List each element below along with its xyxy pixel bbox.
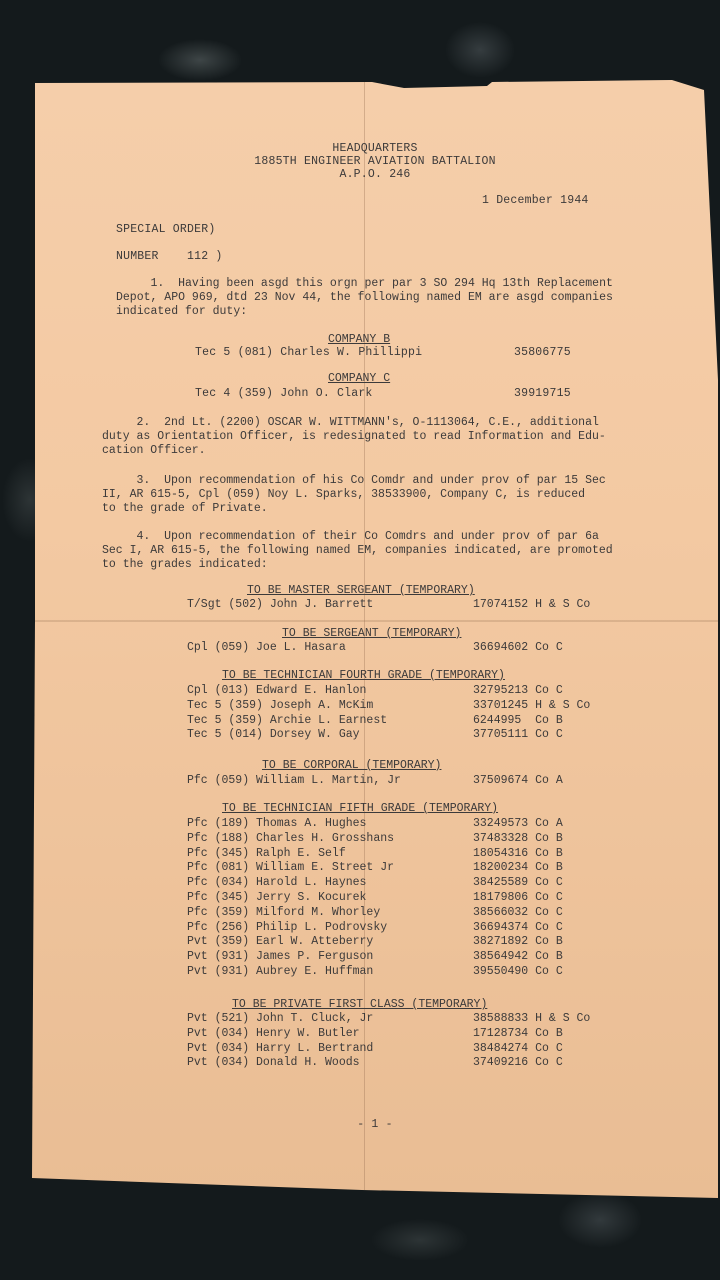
soldier-name: Pvt (034) Donald H. Woods (187, 1056, 360, 1069)
serial-and-company: 37409216 Co C (473, 1056, 563, 1069)
soldier-name: Pfc (345) Ralph E. Self (187, 847, 346, 860)
serial-and-company: 36694374 Co C (473, 921, 563, 934)
promotion-row: Pvt (931) James P. Ferguson38564942 Co B (187, 950, 647, 964)
serial-and-company: 39550490 Co C (473, 965, 563, 978)
serial-and-company: 38564942 Co B (473, 950, 563, 963)
serial-and-company: 17128734 Co B (473, 1027, 563, 1040)
soldier-name: Tec 5 (359) Archie L. Earnest (187, 714, 387, 727)
promotion-row: T/Sgt (502) John J. Barrett17074152 H & … (187, 598, 647, 612)
promotion-row: Tec 5 (359) Archie L. Earnest6244995 Co … (187, 714, 647, 728)
assignment-serial: 39919715 (514, 387, 571, 400)
soldier-name: Pvt (034) Harry L. Bertrand (187, 1042, 373, 1055)
special-order-label: SPECIAL ORDER) (116, 223, 215, 236)
promotion-row: Tec 5 (359) Joseph A. McKim33701245 H & … (187, 699, 647, 713)
serial-and-company: 38566032 Co C (473, 906, 563, 919)
promotion-row: Pfc (059) William L. Martin, Jr37509674 … (187, 774, 647, 788)
paragraph-1: 1. Having been asgd this orgn per par 3 … (116, 277, 613, 319)
promotion-heading: TO BE SERGEANT (TEMPORARY) (282, 627, 461, 640)
soldier-name: Cpl (013) Edward E. Hanlon (187, 684, 366, 697)
soldier-name: Tec 5 (014) Dorsey W. Gay (187, 728, 360, 741)
soldier-name: T/Sgt (502) John J. Barrett (187, 598, 373, 611)
promotion-heading: TO BE TECHNICIAN FOURTH GRADE (TEMPORARY… (222, 669, 505, 682)
promotion-row: Pvt (034) Henry W. Butler17128734 Co B (187, 1027, 647, 1041)
page-number: - 1 - (32, 1118, 718, 1131)
promotion-row: Cpl (059) Joe L. Hasara36694602 Co C (187, 641, 647, 655)
promotion-row: Pfc (188) Charles H. Grosshans37483328 C… (187, 832, 647, 846)
soldier-name: Pfc (345) Jerry S. Kocurek (187, 891, 366, 904)
serial-and-company: 37483328 Co B (473, 832, 563, 845)
paragraph-4: 4. Upon recommendation of their Co Comdr… (102, 530, 613, 572)
soldier-name: Pfc (188) Charles H. Grosshans (187, 832, 394, 845)
soldier-name: Pfc (359) Milford M. Whorley (187, 906, 380, 919)
promotion-row: Tec 5 (014) Dorsey W. Gay37705111 Co C (187, 728, 647, 742)
soldier-name: Cpl (059) Joe L. Hasara (187, 641, 346, 654)
promotion-row: Pvt (521) John T. Cluck, Jr38588833 H & … (187, 1012, 647, 1026)
horizontal-fold-crease (32, 620, 718, 622)
serial-and-company: 37705111 Co C (473, 728, 563, 741)
header-headquarters: HEADQUARTERS (32, 142, 718, 155)
serial-and-company: 17074152 H & S Co (473, 598, 590, 611)
soldier-name: Pfc (189) Thomas A. Hughes (187, 817, 366, 830)
promotion-heading: TO BE MASTER SERGEANT (TEMPORARY) (247, 584, 475, 597)
soldier-name: Pvt (034) Henry W. Butler (187, 1027, 360, 1040)
serial-and-company: 33701245 H & S Co (473, 699, 590, 712)
company-heading: COMPANY B (328, 333, 390, 346)
header-battalion: 1885TH ENGINEER AVIATION BATTALION (32, 155, 718, 168)
promotion-row: Pfc (345) Jerry S. Kocurek18179806 Co C (187, 891, 647, 905)
serial-and-company: 18054316 Co B (473, 847, 563, 860)
promotion-row: Cpl (013) Edward E. Hanlon32795213 Co C (187, 684, 647, 698)
promotion-row: Pfc (359) Milford M. Whorley38566032 Co … (187, 906, 647, 920)
promotion-heading: TO BE PRIVATE FIRST CLASS (TEMPORARY) (232, 998, 487, 1011)
assignment-name: Tec 5 (081) Charles W. Phillippi (195, 346, 422, 359)
promotion-row: Pfc (081) William E. Street Jr18200234 C… (187, 861, 647, 875)
document-date: 1 December 1944 (482, 194, 589, 207)
soldier-name: Pvt (931) James P. Ferguson (187, 950, 373, 963)
soldier-name: Tec 5 (359) Joseph A. McKim (187, 699, 373, 712)
serial-and-company: 37509674 Co A (473, 774, 563, 787)
promotion-row: Pvt (034) Harry L. Bertrand38484274 Co C (187, 1042, 647, 1056)
soldier-name: Pvt (359) Earl W. Atteberry (187, 935, 373, 948)
special-order-number: NUMBER 112 ) (116, 250, 223, 263)
promotion-heading: TO BE TECHNICIAN FIFTH GRADE (TEMPORARY) (222, 802, 498, 815)
promotion-row: Pvt (931) Aubrey E. Huffman39550490 Co C (187, 965, 647, 979)
soldier-name: Pfc (256) Philip L. Podrovsky (187, 921, 387, 934)
serial-and-company: 38271892 Co B (473, 935, 563, 948)
company-heading: COMPANY C (328, 372, 390, 385)
promotion-row: Pvt (034) Donald H. Woods37409216 Co C (187, 1056, 647, 1070)
serial-and-company: 36694602 Co C (473, 641, 563, 654)
soldier-name: Pvt (521) John T. Cluck, Jr (187, 1012, 373, 1025)
soldier-name: Pfc (081) William E. Street Jr (187, 861, 394, 874)
paragraph-2: 2. 2nd Lt. (2200) OSCAR W. WITTMANN's, O… (102, 416, 606, 458)
serial-and-company: 18200234 Co B (473, 861, 563, 874)
assignment-serial: 35806775 (514, 346, 571, 359)
promotion-row: Pvt (359) Earl W. Atteberry38271892 Co B (187, 935, 647, 949)
promotion-row: Pfc (034) Harold L. Haynes38425589 Co C (187, 876, 647, 890)
promotion-row: Pfc (189) Thomas A. Hughes33249573 Co A (187, 817, 647, 831)
serial-and-company: 38588833 H & S Co (473, 1012, 590, 1025)
assignment-name: Tec 4 (359) John O. Clark (195, 387, 373, 400)
serial-and-company: 6244995 Co B (473, 714, 563, 727)
serial-and-company: 38484274 Co C (473, 1042, 563, 1055)
serial-and-company: 38425589 Co C (473, 876, 563, 889)
soldier-name: Pfc (059) William L. Martin, Jr (187, 774, 401, 787)
promotion-row: Pfc (256) Philip L. Podrovsky36694374 Co… (187, 921, 647, 935)
promotion-heading: TO BE CORPORAL (TEMPORARY) (262, 759, 441, 772)
serial-and-company: 18179806 Co C (473, 891, 563, 904)
serial-and-company: 33249573 Co A (473, 817, 563, 830)
paragraph-3: 3. Upon recommendation of his Co Comdr a… (102, 474, 606, 516)
promotion-row: Pfc (345) Ralph E. Self18054316 Co B (187, 847, 647, 861)
soldier-name: Pfc (034) Harold L. Haynes (187, 876, 366, 889)
serial-and-company: 32795213 Co C (473, 684, 563, 697)
soldier-name: Pvt (931) Aubrey E. Huffman (187, 965, 373, 978)
header-apo: A.P.O. 246 (32, 168, 718, 181)
document-page: HEADQUARTERS 1885TH ENGINEER AVIATION BA… (32, 80, 718, 1198)
